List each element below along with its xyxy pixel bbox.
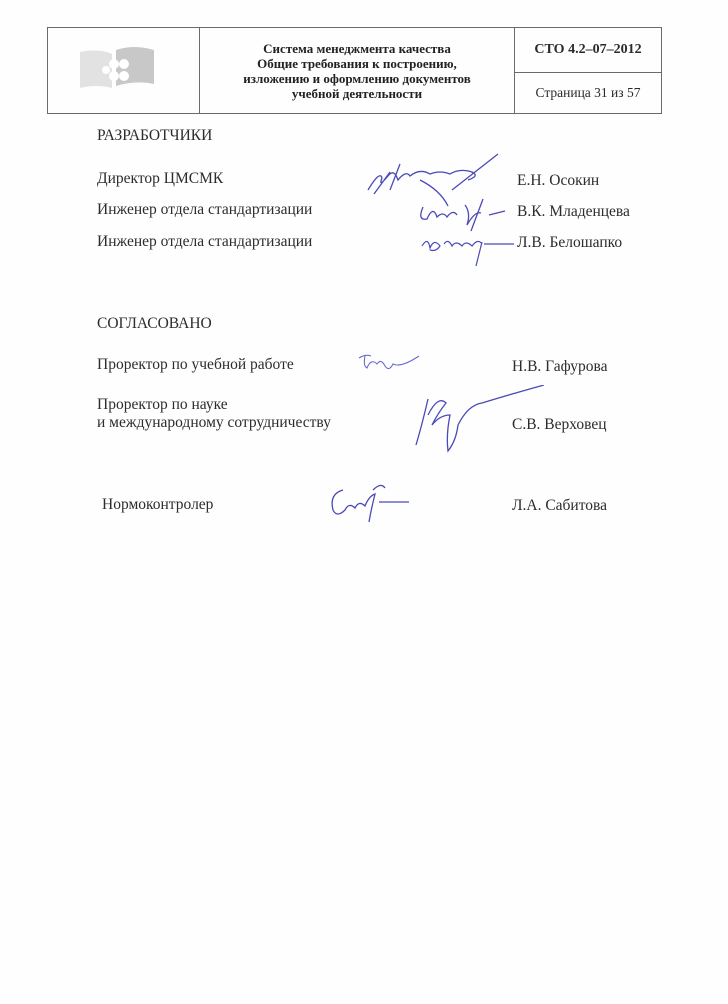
university-logo-icon	[78, 44, 158, 96]
title-line: изложению и оформлению документов	[243, 71, 470, 86]
developer-position: Инженер отдела стандартизации	[97, 201, 312, 219]
developer-name: В.К. Младенцева	[517, 203, 630, 221]
page-info: Страница 31 из 57	[515, 73, 661, 113]
approver-name: Н.В. Гафурова	[512, 358, 608, 376]
title-line: учебной деятельности	[292, 86, 422, 101]
document-header: Система менеджмента качества Общие требо…	[47, 27, 662, 114]
approver-position: Нормоконтролер	[102, 496, 213, 514]
developer-name: Е.Н. Осокин	[517, 172, 599, 190]
developer-position: Директор ЦМСМК	[97, 170, 223, 188]
title-line: Общие требования к построению,	[257, 56, 457, 71]
document-title: Система менеджмента качества Общие требо…	[200, 28, 515, 113]
signature-beloshapko-icon	[418, 228, 518, 268]
logo-cell	[48, 28, 200, 113]
signature-verkhovets-icon	[398, 385, 548, 465]
approver-position-line2: и международному сотрудничеству	[97, 414, 331, 432]
approver-position: Проректор по учебной работе	[97, 356, 294, 374]
code-cell: СТО 4.2–07–2012 Страница 31 из 57	[515, 28, 661, 113]
document-code: СТО 4.2–07–2012	[515, 28, 661, 73]
approver-name: Л.А. Сабитова	[512, 497, 607, 515]
signature-sabitova-icon	[325, 480, 415, 530]
developer-position: Инженер отдела стандартизации	[97, 233, 312, 251]
approver-position-line1: Проректор по науке	[97, 396, 228, 414]
developer-name: Л.В. Белошапко	[517, 234, 622, 252]
signature-gafurova-icon	[355, 350, 425, 376]
approved-heading: СОГЛАСОВАНО	[97, 315, 212, 333]
title-line: Система менеджмента качества	[263, 41, 451, 56]
developers-heading: РАЗРАБОТЧИКИ	[97, 127, 212, 145]
